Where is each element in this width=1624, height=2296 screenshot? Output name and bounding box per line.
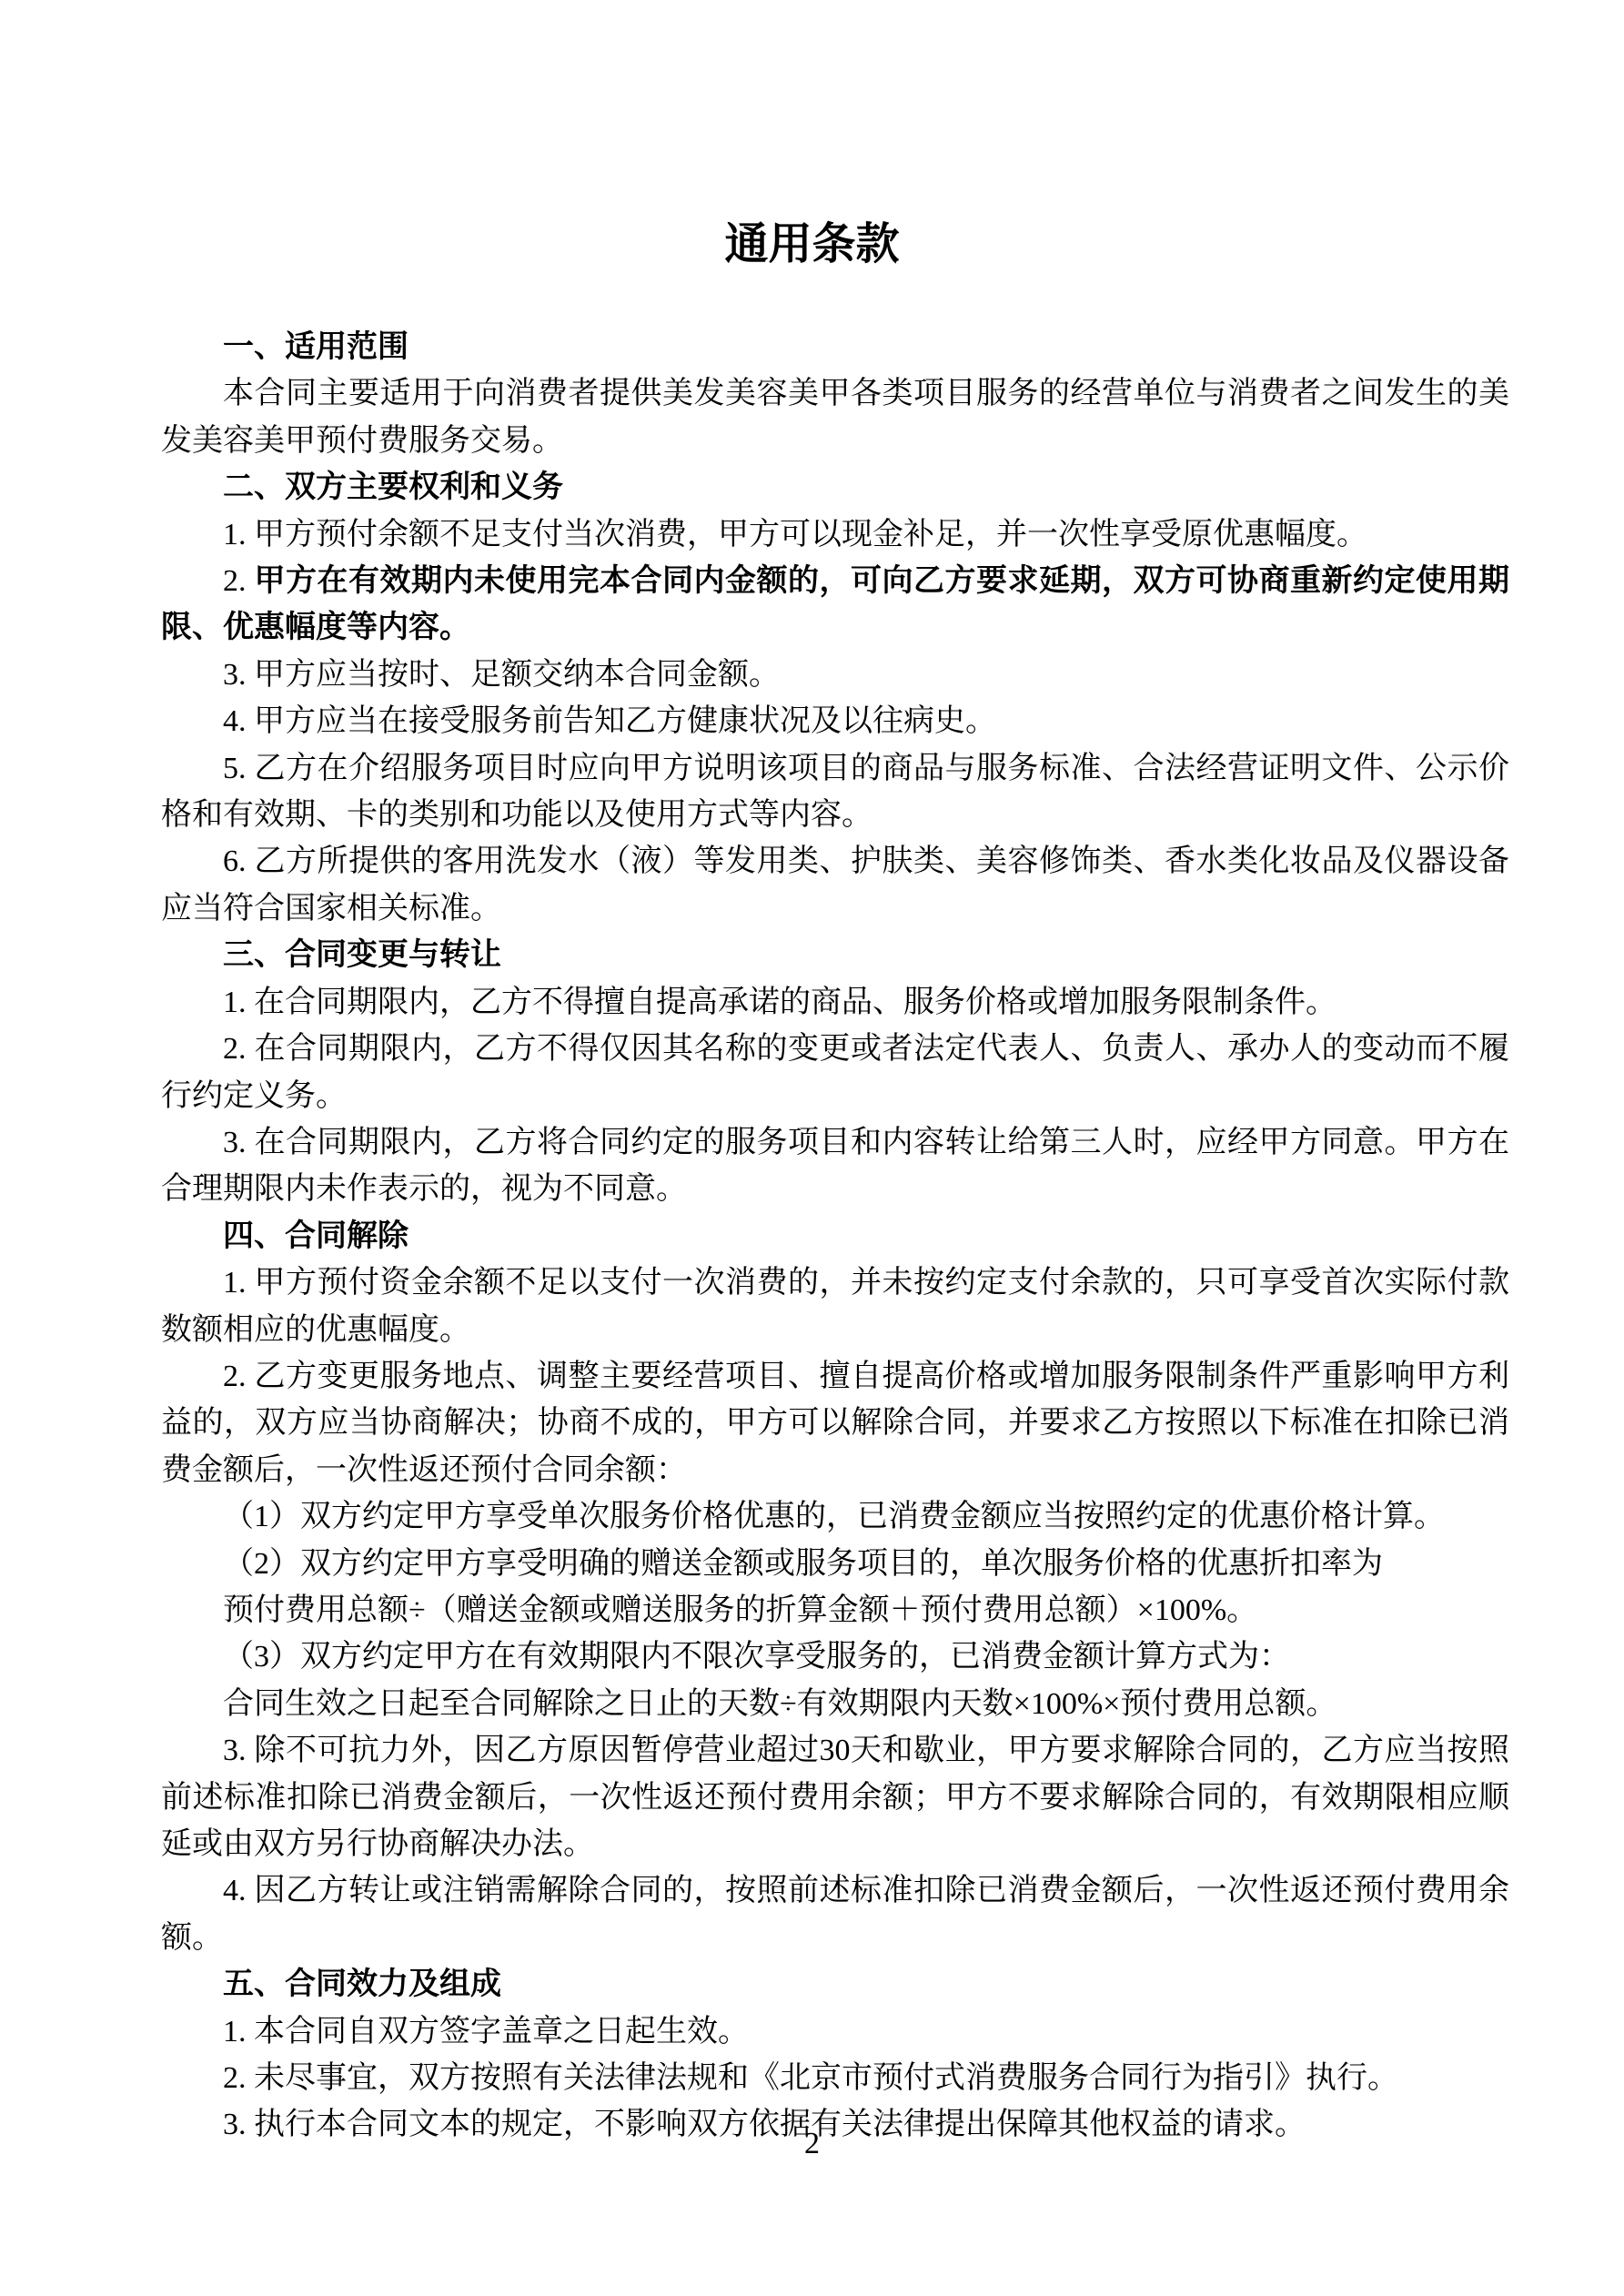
clause-number: 2.	[223, 564, 255, 598]
paragraph: 2. 未尽事宜，双方按照有关法律法规和《北京市预付式消费服务合同行为指引》执行。	[161, 2055, 1509, 2101]
paragraph: 本合同主要适用于向消费者提供美发美容美甲各类项目服务的经营单位与消费者之间发生的…	[161, 370, 1509, 464]
page-title: 通用条款	[0, 0, 1624, 269]
paragraph: 4. 甲方应当在接受服务前告知乙方健康状况及以往病史。	[161, 698, 1509, 744]
paragraph: 1. 本合同自双方签字盖章之日起生效。	[161, 2008, 1509, 2055]
section-heading-scope: 一、适用范围	[161, 324, 1509, 370]
paragraph: 2. 乙方变更服务地点、调整主要经营项目、擅自提高价格或增加服务限制条件严重影响…	[161, 1353, 1509, 1493]
clause-bold-text: 甲方在有效期内未使用完本合同内金额的，可向乙方要求延期，双方可协商重新约定使用期…	[161, 564, 1509, 644]
paragraph: 1. 甲方预付资金余额不足以支付一次消费的，并未按约定支付余款的，只可享受首次实…	[161, 1259, 1509, 1353]
section-heading-validity-composition: 五、合同效力及组成	[161, 1961, 1509, 2008]
paragraph-bold-clause: 2. 甲方在有效期内未使用完本合同内金额的，可向乙方要求延期，双方可协商重新约定…	[161, 558, 1509, 652]
sub-item: （2）双方约定甲方享受明确的赠送金额或服务项目的，单次服务价格的优惠折扣率为	[161, 1541, 1509, 1587]
paragraph: 5. 乙方在介绍服务项目时应向甲方说明该项目的商品与服务标准、合法经营证明文件、…	[161, 745, 1509, 839]
sub-item: （1）双方约定甲方享受单次服务价格优惠的，已消费金额应当按照约定的优惠价格计算。	[161, 1493, 1509, 1540]
section-heading-modification-transfer: 三、合同变更与转让	[161, 932, 1509, 978]
paragraph: 3. 在合同期限内，乙方将合同约定的服务项目和内容转让给第三人时，应经甲方同意。…	[161, 1119, 1509, 1213]
paragraph: 2. 在合同期限内，乙方不得仅因其名称的变更或者法定代表人、负责人、承办人的变动…	[161, 1026, 1509, 1119]
paragraph: 1. 甲方预付余额不足支付当次消费，甲方可以现金补足，并一次性享受原优惠幅度。	[161, 511, 1509, 558]
paragraph: 3. 除不可抗力外，因乙方原因暂停营业超过30天和歇业，甲方要求解除合同的，乙方…	[161, 1727, 1509, 1867]
paragraph: 4. 因乙方转让或注销需解除合同的，按照前述标准扣除已消费金额后，一次性返还预付…	[161, 1867, 1509, 1961]
formula-line: 合同生效之日起至合同解除之日止的天数÷有效期限内天数×100%×预付费用总额。	[161, 1681, 1509, 1727]
page-number: 2	[0, 2126, 1624, 2162]
document-body: 一、适用范围 本合同主要适用于向消费者提供美发美容美甲各类项目服务的经营单位与消…	[161, 324, 1509, 2149]
document-page: { "document": { "title": "通用条款", "page_n…	[0, 0, 1624, 2296]
paragraph: 1. 在合同期限内，乙方不得擅自提高承诺的商品、服务价格或增加服务限制条件。	[161, 979, 1509, 1026]
formula-line: 预付费用总额÷（赠送金额或赠送服务的折算金额＋预付费用总额）×100%。	[161, 1587, 1509, 1633]
paragraph: 6. 乙方所提供的客用洗发水（液）等发用类、护肤类、美容修饰类、香水类化妆品及仪…	[161, 838, 1509, 932]
section-heading-termination: 四、合同解除	[161, 1213, 1509, 1259]
paragraph: 3. 甲方应当按时、足额交纳本合同金额。	[161, 652, 1509, 698]
section-heading-rights-obligations: 二、双方主要权利和义务	[161, 464, 1509, 511]
sub-item: （3）双方约定甲方在有效期限内不限次享受服务的，已消费金额计算方式为：	[161, 1633, 1509, 1680]
